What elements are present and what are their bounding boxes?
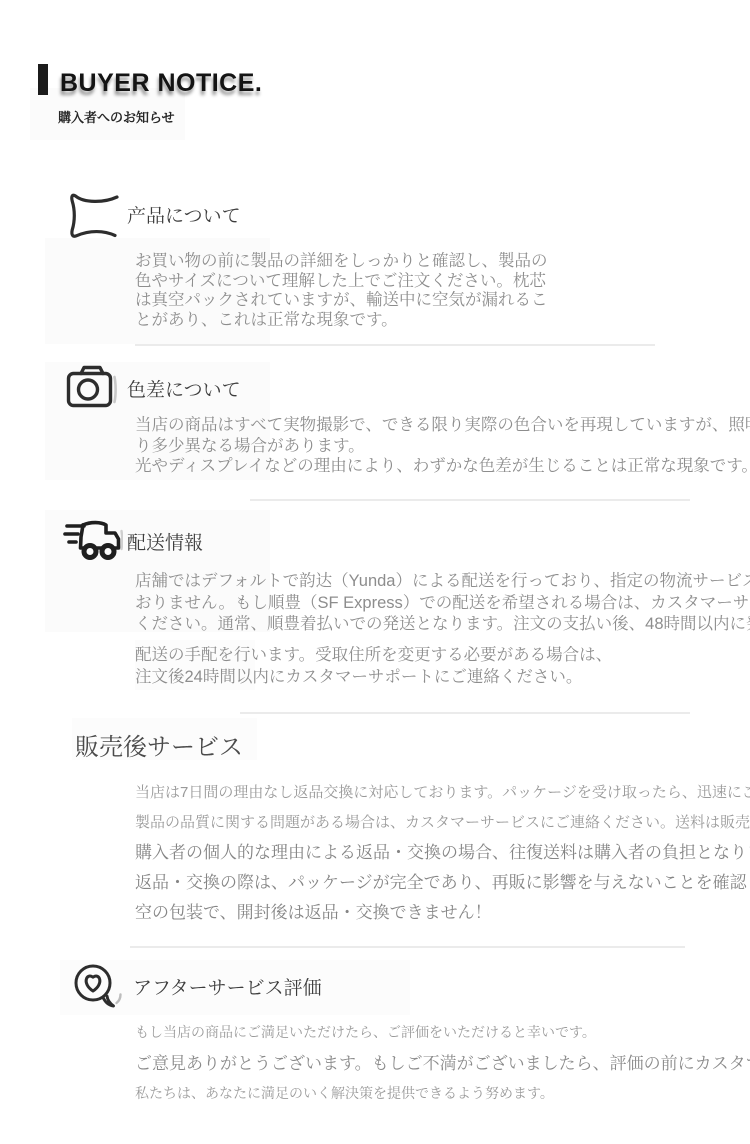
text-line: 注文後24時間以内にカスタマーサポートにご連絡ください。 xyxy=(135,666,612,688)
text-line: 色やサイズについて理解した上でご注文ください。枕芯 xyxy=(135,272,548,292)
section-body-color-difference: 当店の商品はすべて実物撮影で、できる限り実際の色合いを再現していますが、照明の … xyxy=(135,415,750,477)
section-title-evaluation: アフターサービス評価 xyxy=(133,973,322,1000)
text-line: 購入者の個人的な理由による返品・交換の場合、往復送料は購入者の負担となります。 xyxy=(135,838,750,868)
section-title-after-sales: 販売後サービス xyxy=(75,727,243,762)
section-divider xyxy=(250,499,690,501)
page-title: BUYER NOTICE. xyxy=(60,69,262,98)
section-body-product: お買い物の前に製品の詳細をしっかりと確認し、製品の 色やサイズについて理解した上… xyxy=(135,252,548,330)
text-line: 当店の商品はすべて実物撮影で、できる限り実際の色合いを再現していますが、照明の xyxy=(135,415,750,436)
header-accent-bar xyxy=(38,64,48,95)
section-divider xyxy=(135,344,655,346)
section-divider xyxy=(130,946,685,948)
page-subtitle: 購入者へのお知らせ xyxy=(58,107,175,126)
text-line: 空の包装で、開封後は返品・交換できません！ xyxy=(135,898,750,928)
text-line: お買い物の前に製品の詳細をしっかりと確認し、製品の xyxy=(135,252,548,272)
camera-icon xyxy=(66,364,120,415)
delivery-truck-icon xyxy=(63,517,123,568)
section-body-after-sales: 当店は7日間の理由なし返品交換に対応しております。パッケージを受け取ったら、迅速… xyxy=(135,778,750,928)
section-body-shipping-2: 配送の手配を行います。受取住所を変更する必要がある場合は、 注文後24時間以内に… xyxy=(135,644,612,688)
text-line: おりません。もし順豊（SF Express）での配送を希望される場合は、カスタマ… xyxy=(135,593,750,615)
heart-bubble-icon xyxy=(68,960,122,1015)
text-line: ください。通常、順豊着払いでの発送となります。注文の支払い後、48時間以内に発送 xyxy=(135,614,750,636)
text-line: 当店は7日間の理由なし返品交換に対応しております。パッケージを受け取ったら、迅速… xyxy=(135,778,750,808)
buyer-notice-page: BUYER NOTICE. 購入者へのお知らせ 产品について お買い物の前に製品… xyxy=(0,0,750,1144)
text-line: 店舗ではデフォルトで韵达（Yunda）による配送を行っており、指定の物流サービス… xyxy=(135,571,750,593)
text-line: 光やディスプレイなどの理由により、わずかな色差が生じることは正常な現象です。 xyxy=(135,456,750,477)
text-line: 返品・交換の際は、パッケージが完全であり、再販に影響を与えないことを確認してく xyxy=(135,868,750,898)
text-line: とがあり、これは正常な現象です。 xyxy=(135,311,548,331)
text-line: ご意見ありがとうございます。もしご不満がございましたら、評価の前にカスタマーサ xyxy=(135,1049,750,1074)
text-line: り多少異なる場合があります。 xyxy=(135,436,750,457)
text-line: 配送の手配を行います。受取住所を変更する必要がある場合は、 xyxy=(135,644,612,666)
text-line: 私たちは、あなたに満足のいく解決策を提供できるよう努めます。 xyxy=(135,1083,554,1103)
text-line: もし当店の商品にご満足いただけたら、ご評価をいただけると幸いです。 xyxy=(135,1022,596,1042)
section-title-color-difference: 色差について xyxy=(127,375,241,402)
section-title-shipping: 配送情報 xyxy=(127,528,203,555)
section-title-product: 产品について xyxy=(127,201,241,228)
text-line: は真空パックされていますが、輸送中に空気が漏れるこ xyxy=(135,291,548,311)
pillow-icon xyxy=(68,190,120,245)
section-body-shipping-1: 店舗ではデフォルトで韵达（Yunda）による配送を行っており、指定の物流サービス… xyxy=(135,571,750,636)
section-divider xyxy=(240,712,690,714)
text-line: 製品の品質に関する問題がある場合は、カスタマーサービスにご連絡ください。送料は販… xyxy=(135,808,750,838)
